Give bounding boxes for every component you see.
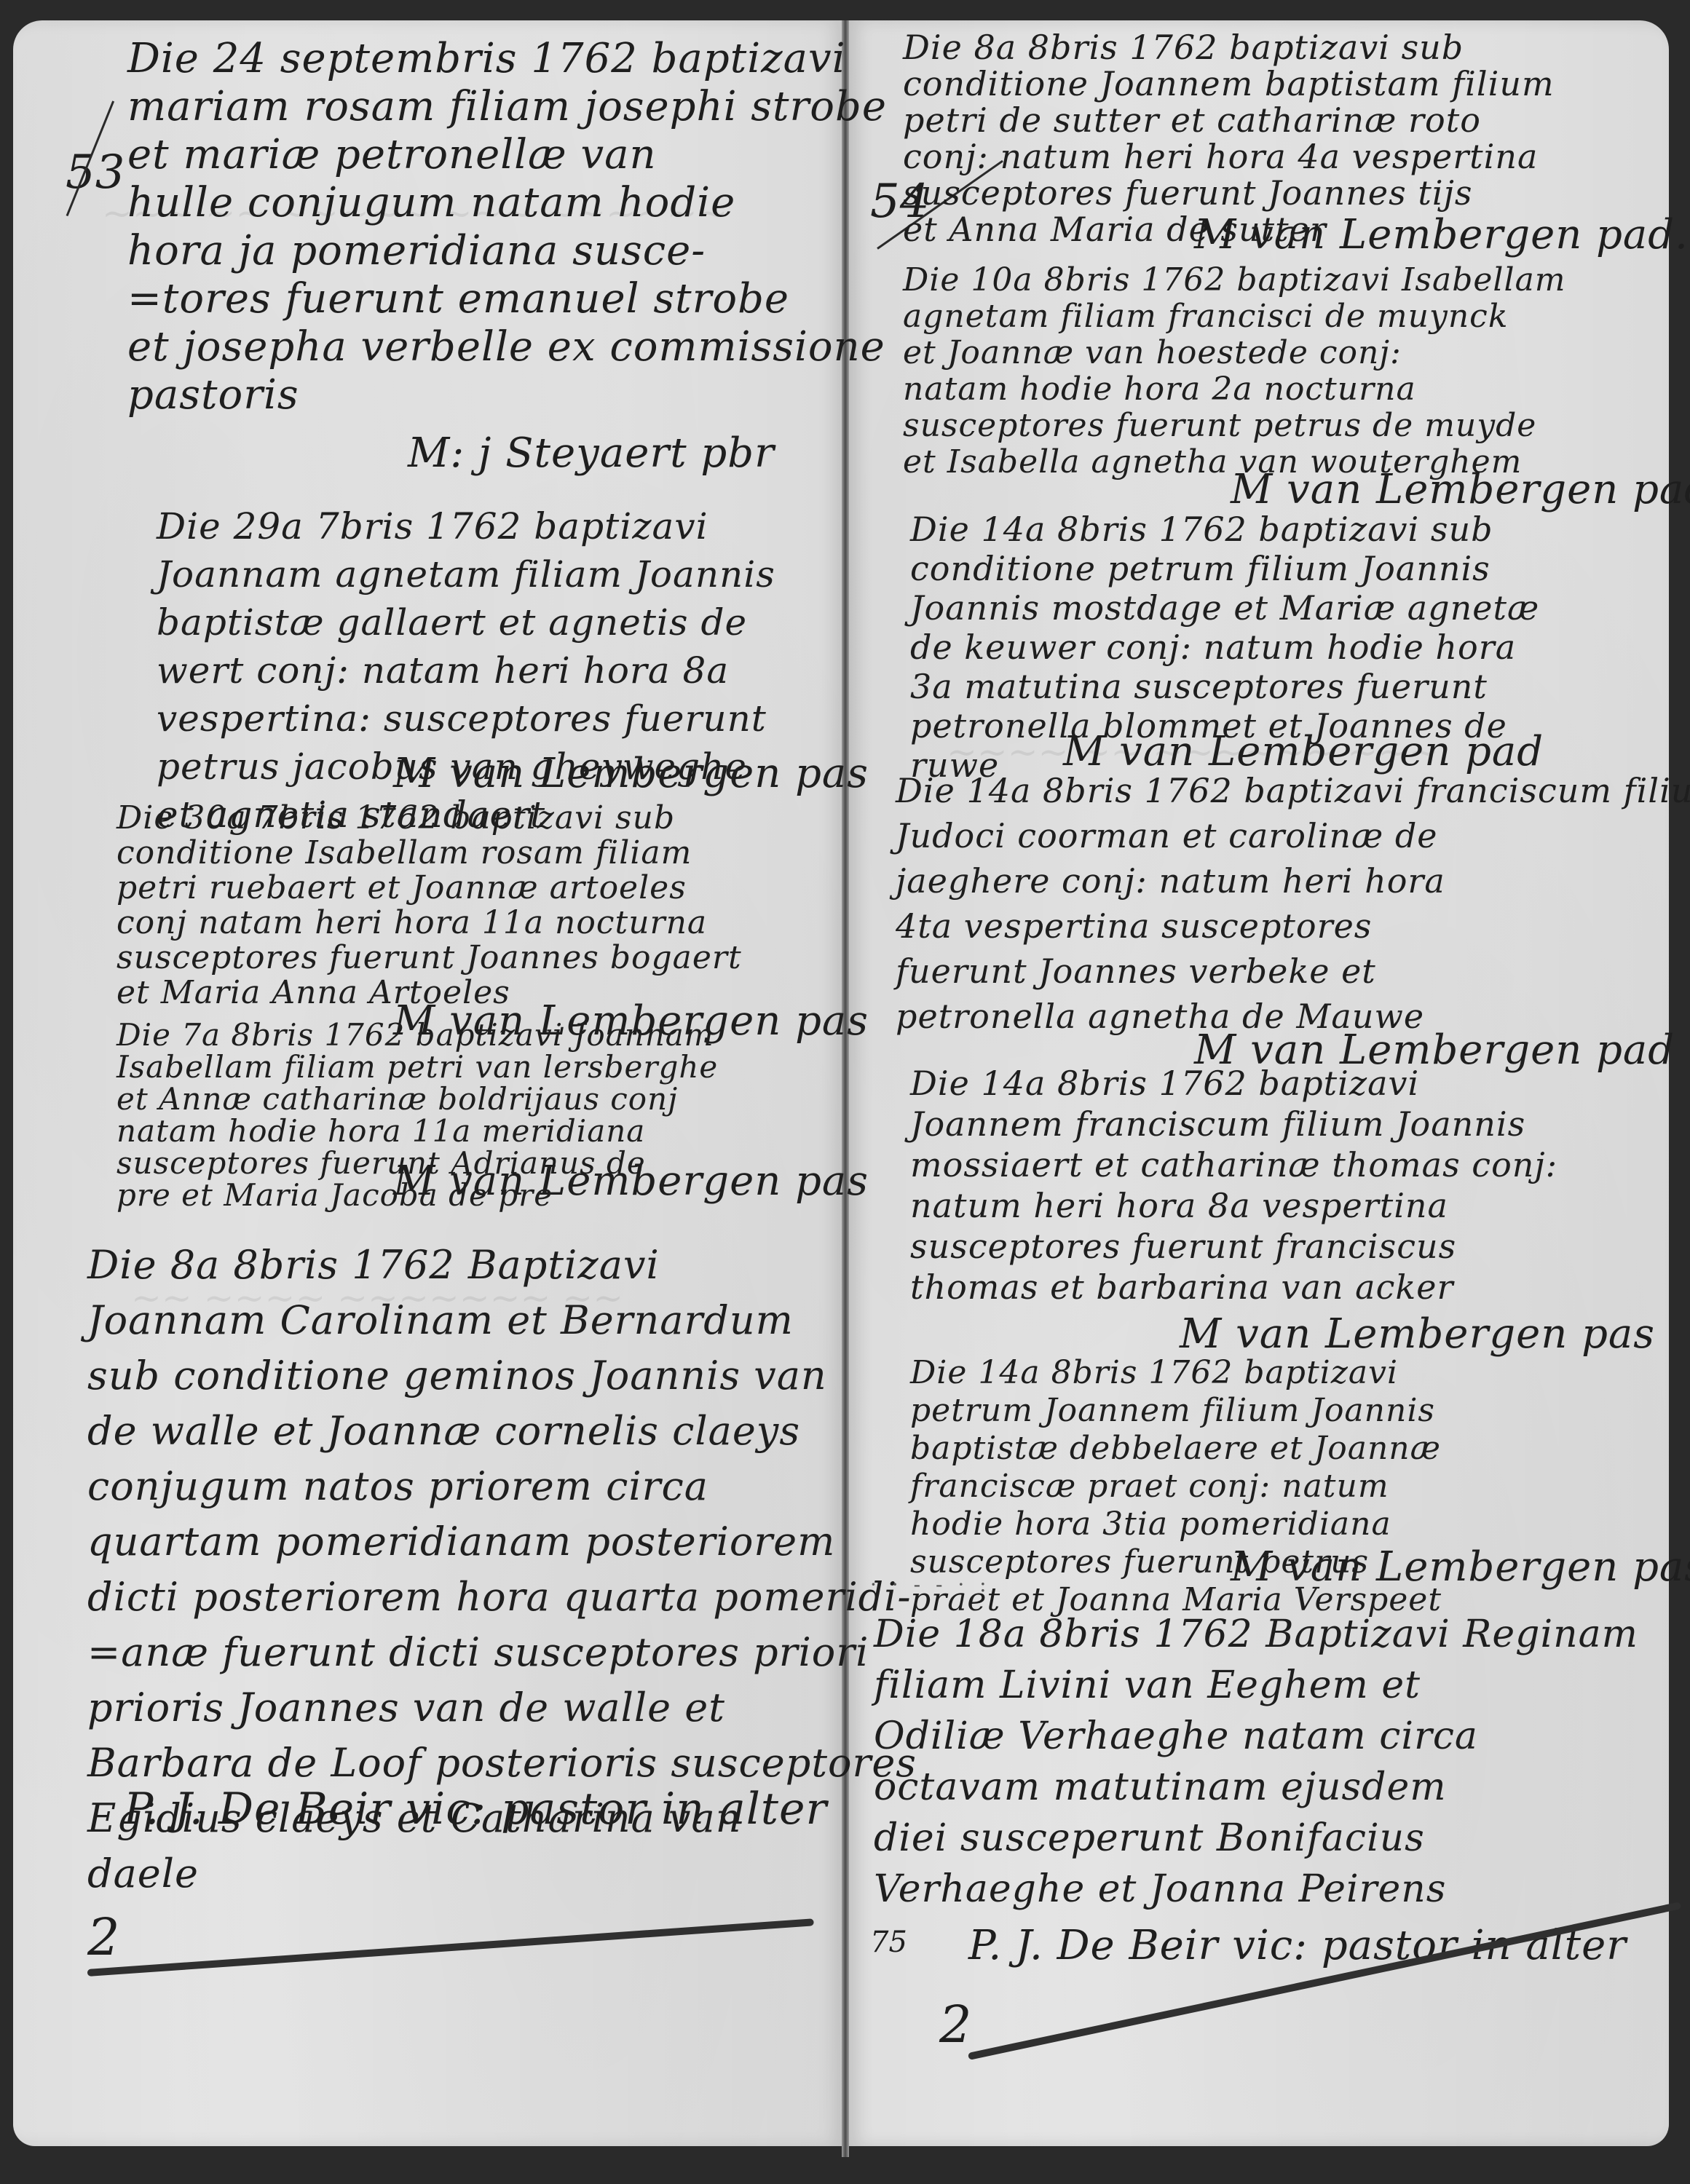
entry-line: conj natam heri hora 11a nocturna (117, 906, 742, 941)
entry-line: susceptores fuerunt franciscus (910, 1226, 1557, 1267)
baptism-entry: Die 14a 8bris 1762 baptizavi franciscum … (896, 768, 1690, 1039)
entry-line: et josepha verbelle ex commissione (127, 323, 887, 371)
entry-line: conditione petrum filium Joannis (910, 549, 1539, 588)
entry-line: Die 7a 8bris 1762 baptizavi Joannam (117, 1019, 718, 1051)
entry-line: sub conditione geminos Joannis van (87, 1348, 917, 1404)
entry-line: pastoris (127, 371, 887, 419)
entry-line: susceptores fuerunt petrus de muyde (903, 408, 1566, 444)
entry-line: agnetam filiam francisci de muynck (903, 298, 1566, 335)
scanned-register-spread: ~~~ ~~ ~~~~~ ~~~ ~~~~~~ ~~ ~~~~ ~~~~~~~ … (0, 0, 1690, 2184)
entry-line: petri de sutter et catharinæ roto (903, 102, 1555, 138)
entry-line: wert conj: natam heri hora 8a (157, 646, 775, 695)
entry-line: filiam Livini van Eeghem et (874, 1660, 1638, 1711)
entry-line: et mariæ petronellæ van (127, 131, 887, 179)
entry-line: Verhaeghe et Joanna Peirens (874, 1864, 1638, 1915)
page-end-mark: 2 (87, 1907, 120, 1967)
entry-line: Die 30a 7bris 1762 baptizavi sub (117, 801, 742, 836)
entry-line: fuerunt Joannes verbeke et (896, 949, 1690, 994)
priest-signature: M: j Steyaert pbr (408, 430, 775, 477)
entry-line: =tores fuerunt emanuel strobe (127, 275, 887, 323)
entry-line: conj: natum heri hora 4a vespertina (903, 138, 1555, 175)
entry-line: Die 18a 8bris 1762 Baptizavi Reginam (874, 1609, 1638, 1660)
entry-line: Die 14a 8bris 1762 baptizavi (910, 1354, 1442, 1392)
entry-line: Die 29a 7bris 1762 baptizavi (157, 502, 775, 550)
priest-signature: M van Lembergen pad. (1194, 211, 1689, 258)
entry-line: thomas et barbarina van acker (910, 1267, 1557, 1307)
priest-signature: M van Lembergen pas (393, 1158, 869, 1205)
entry-line: 4ta vespertina susceptores (896, 903, 1690, 949)
entry-line: Joannam agnetam filiam Joannis (157, 550, 775, 598)
entry-line: de keuwer conj: natum hodie hora (910, 628, 1539, 667)
entry-line: daele (87, 1846, 917, 1902)
entry-line: prioris Joannes van de walle et (87, 1680, 917, 1736)
entry-line: hulle conjugum natam hodie (127, 179, 887, 227)
entry-line: de walle et Joannæ cornelis claeys (87, 1404, 917, 1459)
baptism-entry: Die 30a 7bris 1762 baptizavi sub conditi… (117, 801, 742, 1010)
entry-line: susceptores fuerunt Joannes tijs (903, 175, 1555, 211)
priest-signature: M van Lembergen pas (1180, 1310, 1655, 1358)
entry-line: conjugum natos priorem circa (87, 1459, 917, 1514)
entry-line: natam hodie hora 2a nocturna (903, 371, 1566, 408)
entry-line: =anæ fuerunt dicti susceptores priori (87, 1625, 917, 1680)
entry-line: natum heri hora 8a vespertina (910, 1185, 1557, 1226)
entry-line: et Annæ catharinæ boldrijaus conj (117, 1083, 718, 1115)
entry-line: hora ja pomeridiana susce- (127, 227, 887, 275)
baptism-entry: Die 24 septembris 1762 baptizavi mariam … (127, 35, 887, 419)
priest-signature: P. J. De Beir vic: pastor in alter (124, 1784, 827, 1835)
baptism-entry: Die 14a 8bris 1762 baptizavi Joannem fra… (910, 1063, 1557, 1307)
entry-line: petri ruebaert et Joannæ artoeles (117, 871, 742, 906)
entry-line: Odiliæ Verhaeghe natam circa (874, 1711, 1638, 1762)
entry-line: 3a matutina susceptores fuerunt (910, 667, 1539, 706)
entry-line: petrum Joannem filium Joannis (910, 1392, 1442, 1430)
entry-line: susceptores fuerunt Joannes bogaert (117, 941, 742, 976)
entry-line: Barbara de Loof posterioris susceptores (87, 1736, 917, 1791)
entry-line: conditione Joannem baptistam filium (903, 66, 1555, 102)
priest-signature: M van Lembergen pas. (1231, 1543, 1690, 1591)
entry-line: quartam pomeridianam posteriorem (87, 1514, 917, 1570)
entry-line: dicti posteriorem hora quarta pomeridi- (87, 1570, 917, 1625)
entry-line: conditione Isabellam rosam filiam (117, 836, 742, 871)
entry-line: jaeghere conj: natum heri hora (896, 858, 1690, 903)
entry-line: Joannam Carolinam et Bernardum (87, 1293, 917, 1348)
baptism-entry: Die 10a 8bris 1762 baptizavi Isabellam a… (903, 262, 1566, 480)
entry-line: diei susceperunt Bonifacius (874, 1813, 1638, 1864)
entry-line: Isabellam filiam petri van lersberghe (117, 1051, 718, 1083)
baptism-entry: Die 18a 8bris 1762 Baptizavi Reginam fil… (874, 1609, 1638, 1915)
entry-line: franciscæ praet conj: natum (910, 1468, 1442, 1506)
entry-line: Die 24 septembris 1762 baptizavi (127, 35, 887, 83)
entry-line: mossiaert et catharinæ thomas conj: (910, 1144, 1557, 1185)
entry-line: mariam rosam filiam josephi strobe (127, 83, 887, 131)
entry-line: Die 10a 8bris 1762 baptizavi Isabellam (903, 262, 1566, 298)
entry-line: Die 14a 8bris 1762 baptizavi franciscum … (896, 768, 1690, 813)
entry-line: hodie hora 3tia pomeridiana (910, 1506, 1442, 1543)
entry-line: vespertina: susceptores fuerunt (157, 695, 775, 743)
entry-line: Judoci coorman et carolinæ de (896, 813, 1690, 858)
entry-line: Die 14a 8bris 1762 baptizavi sub (910, 510, 1539, 549)
entry-line: baptistæ gallaert et agnetis de (157, 598, 775, 646)
entry-line: baptistæ debbelaere et Joannæ (910, 1430, 1442, 1468)
entry-line: et Joannæ van hoestede conj: (903, 335, 1566, 371)
entry-line: Die 8a 8bris 1762 baptizavi sub (903, 29, 1555, 66)
entry-line: Joannis mostdage et Mariæ agnetæ (910, 588, 1539, 628)
margin-entry-number: 53 (66, 146, 125, 199)
entry-line: Die 14a 8bris 1762 baptizavi (910, 1063, 1557, 1104)
margin-entry-number: 75 (870, 1926, 907, 1959)
page-end-mark: 2 (939, 1995, 972, 2054)
entry-line: Die 8a 8bris 1762 Baptizavi (87, 1238, 917, 1293)
priest-signature: M van Lembergen pad (1231, 466, 1690, 513)
priest-signature: M van Lembergen pas (393, 750, 869, 797)
entry-line: octavam matutinam ejusdem (874, 1762, 1638, 1813)
priest-signature: P. J. De Beir vic: pastor in alter (968, 1922, 1627, 1969)
entry-line: Joannem franciscum filium Joannis (910, 1104, 1557, 1144)
entry-line: natam hodie hora 11a meridiana (117, 1115, 718, 1147)
